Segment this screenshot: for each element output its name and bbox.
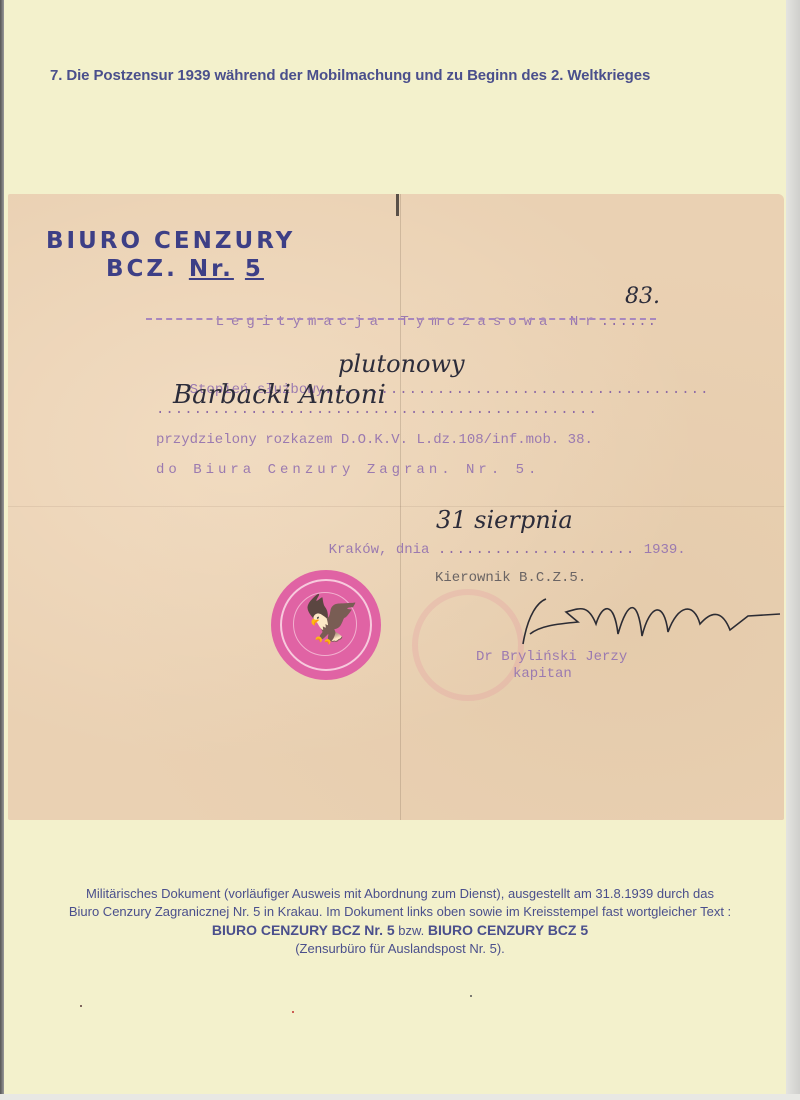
scan-right-edge [786, 0, 800, 1100]
speck [292, 1011, 294, 1013]
assignment-line1: przydzielony rozkazem D.O.K.V. L.dz.108/… [156, 432, 593, 448]
censor-stamp-line2: BCZ. Nr. 5 [106, 256, 264, 282]
name-handwritten: Barbacki Antoni [173, 380, 386, 410]
signer-rank: kapitan [513, 666, 572, 682]
title-underline [146, 318, 656, 320]
id-number-handwritten: 83. [625, 284, 660, 309]
faint-seal-impression [412, 589, 524, 701]
caption-line3: BIURO CENZURY BCZ Nr. 5 bzw. BIURO CENZU… [40, 921, 760, 940]
speck [470, 995, 472, 997]
caption-line2: Biuro Cenzury Zagranicznej Nr. 5 in Krak… [40, 903, 760, 921]
censor-stamp-line1: BIURO CENZURY [46, 228, 295, 254]
caption-bold-a: BIURO CENZURY BCZ Nr. 5 [212, 922, 395, 938]
assignment-line2: do Biura Cenzury Zagran. Nr. 5. [156, 462, 540, 478]
stamp-number: 5 [245, 256, 264, 282]
title-text: Legitymacja Tymczasowa Nr [216, 314, 601, 330]
official-round-seal: 🦅 [271, 570, 381, 680]
stamp-nr: Nr. [189, 256, 234, 282]
date-dots: ..................... [438, 542, 635, 558]
stamp-prefix: BCZ. [106, 256, 178, 282]
date-year: 1939. [644, 542, 686, 558]
paper-tear [396, 194, 399, 216]
caption-line1: Militärisches Dokument (vorläufiger Ausw… [40, 885, 760, 903]
rank-handwritten: plutonowy [338, 350, 465, 378]
signer-name: Dr Bryliński Jerzy [476, 649, 627, 665]
date-place: Kraków, dnia [329, 542, 430, 558]
scan-bottom-edge [0, 1094, 800, 1100]
eagle-icon: 🦅 [303, 596, 360, 642]
caption: Militärisches Dokument (vorläufiger Ausw… [40, 885, 760, 958]
caption-middle: bzw. [395, 923, 428, 938]
document-paper: BIURO CENZURY BCZ. Nr. 5 Legitymacja Tym… [8, 194, 784, 820]
fold-line-horizontal [8, 506, 784, 507]
caption-line4: (Zensurbüro für Auslandspost Nr. 5). [40, 940, 760, 958]
page-heading: 7. Die Postzensur 1939 während der Mobil… [50, 67, 650, 84]
title-dots: ...... [601, 314, 657, 330]
signer-title: Kierownik B.C.Z.5. [435, 570, 586, 586]
document-title: Legitymacja Tymczasowa Nr...... [154, 298, 657, 346]
fold-line-vertical [400, 194, 401, 820]
speck [80, 1005, 82, 1007]
date-handwritten: 31 sierpnia [436, 506, 573, 534]
handwritten-signature [518, 594, 788, 654]
caption-bold-b: BIURO CENZURY BCZ 5 [428, 922, 588, 938]
